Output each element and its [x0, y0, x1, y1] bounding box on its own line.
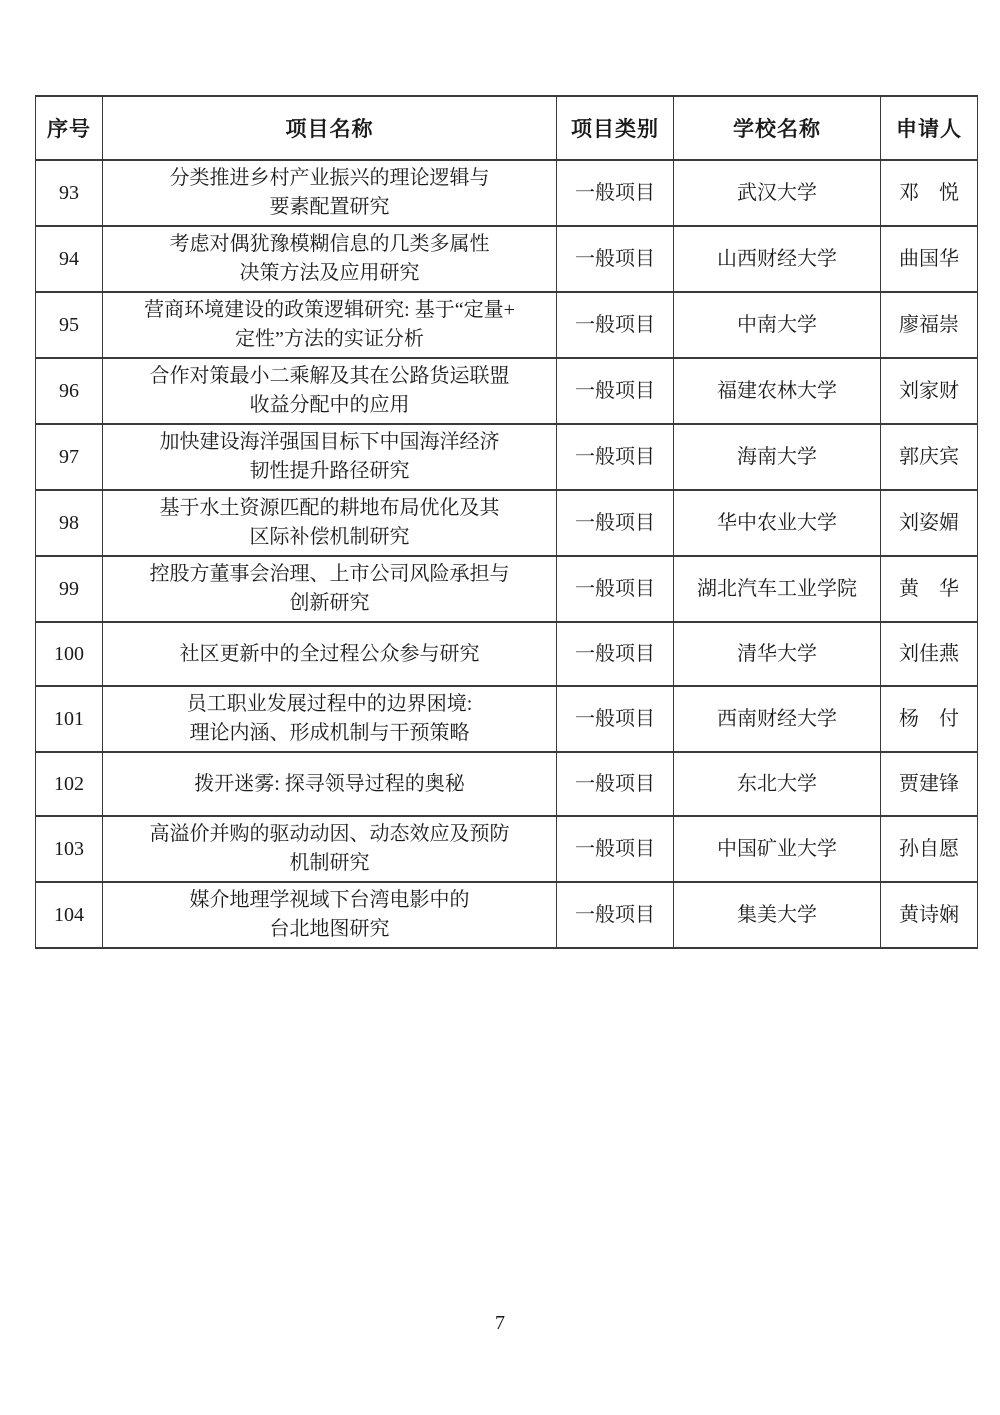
cell-category: 一般项目 — [557, 490, 674, 556]
cell-applicant: 黄诗娴 — [881, 882, 978, 948]
cell-category: 一般项目 — [557, 292, 674, 358]
cell-title: 考虑对偶犹豫模糊信息的几类多属性 决策方法及应用研究 — [103, 226, 557, 292]
cell-index: 103 — [36, 816, 103, 882]
cell-applicant: 刘佳燕 — [881, 622, 978, 686]
cell-school: 武汉大学 — [674, 160, 881, 226]
cell-category: 一般项目 — [557, 160, 674, 226]
cell-school: 东北大学 — [674, 752, 881, 816]
cell-applicant: 邓 悦 — [881, 160, 978, 226]
column-header-title: 项目名称 — [103, 96, 557, 160]
cell-applicant: 刘姿媚 — [881, 490, 978, 556]
document-page: 序号 项目名称 项目类别 学校名称 申请人 93分类推进乡村产业振兴的理论逻辑与… — [0, 0, 1000, 1415]
cell-title: 高溢价并购的驱动动因、动态效应及预防 机制研究 — [103, 816, 557, 882]
cell-applicant: 郭庆宾 — [881, 424, 978, 490]
table-row: 101员工职业发展过程中的边界困境: 理论内涵、形成机制与干预策略一般项目西南财… — [36, 686, 978, 752]
cell-title: 媒介地理学视域下台湾电影中的 台北地图研究 — [103, 882, 557, 948]
cell-category: 一般项目 — [557, 358, 674, 424]
cell-school: 西南财经大学 — [674, 686, 881, 752]
cell-index: 97 — [36, 424, 103, 490]
cell-category: 一般项目 — [557, 424, 674, 490]
cell-school: 湖北汽车工业学院 — [674, 556, 881, 622]
cell-index: 95 — [36, 292, 103, 358]
page-number: 7 — [0, 1312, 1000, 1335]
cell-title: 社区更新中的全过程公众参与研究 — [103, 622, 557, 686]
cell-index: 98 — [36, 490, 103, 556]
cell-category: 一般项目 — [557, 686, 674, 752]
table-row: 100社区更新中的全过程公众参与研究一般项目清华大学刘佳燕 — [36, 622, 978, 686]
cell-index: 100 — [36, 622, 103, 686]
column-header-applicant: 申请人 — [881, 96, 978, 160]
cell-title: 拨开迷雾: 探寻领导过程的奥秘 — [103, 752, 557, 816]
cell-school: 海南大学 — [674, 424, 881, 490]
cell-school: 集美大学 — [674, 882, 881, 948]
table-row: 95营商环境建设的政策逻辑研究: 基于“定量+ 定性”方法的实证分析一般项目中南… — [36, 292, 978, 358]
table-row: 98基于水土资源匹配的耕地布局优化及其 区际补偿机制研究一般项目华中农业大学刘姿… — [36, 490, 978, 556]
table-header-row: 序号 项目名称 项目类别 学校名称 申请人 — [36, 96, 978, 160]
cell-category: 一般项目 — [557, 622, 674, 686]
table-row: 102拨开迷雾: 探寻领导过程的奥秘一般项目东北大学贾建锋 — [36, 752, 978, 816]
cell-applicant: 黄 华 — [881, 556, 978, 622]
cell-school: 清华大学 — [674, 622, 881, 686]
cell-category: 一般项目 — [557, 752, 674, 816]
cell-title: 加快建设海洋强国目标下中国海洋经济 韧性提升路径研究 — [103, 424, 557, 490]
cell-title: 基于水土资源匹配的耕地布局优化及其 区际补偿机制研究 — [103, 490, 557, 556]
cell-index: 99 — [36, 556, 103, 622]
table-row: 99控股方董事会治理、上市公司风险承担与 创新研究一般项目湖北汽车工业学院黄 华 — [36, 556, 978, 622]
project-table: 序号 项目名称 项目类别 学校名称 申请人 93分类推进乡村产业振兴的理论逻辑与… — [35, 95, 978, 949]
cell-title: 员工职业发展过程中的边界困境: 理论内涵、形成机制与干预策略 — [103, 686, 557, 752]
cell-category: 一般项目 — [557, 882, 674, 948]
cell-applicant: 曲国华 — [881, 226, 978, 292]
cell-applicant: 杨 付 — [881, 686, 978, 752]
table-row: 97加快建设海洋强国目标下中国海洋经济 韧性提升路径研究一般项目海南大学郭庆宾 — [36, 424, 978, 490]
cell-applicant: 贾建锋 — [881, 752, 978, 816]
table-row: 94考虑对偶犹豫模糊信息的几类多属性 决策方法及应用研究一般项目山西财经大学曲国… — [36, 226, 978, 292]
table-row: 96合作对策最小二乘解及其在公路货运联盟 收益分配中的应用一般项目福建农林大学刘… — [36, 358, 978, 424]
cell-index: 93 — [36, 160, 103, 226]
cell-index: 101 — [36, 686, 103, 752]
cell-category: 一般项目 — [557, 556, 674, 622]
table-row: 103高溢价并购的驱动动因、动态效应及预防 机制研究一般项目中国矿业大学孙自愿 — [36, 816, 978, 882]
cell-school: 山西财经大学 — [674, 226, 881, 292]
cell-school: 中国矿业大学 — [674, 816, 881, 882]
cell-school: 中南大学 — [674, 292, 881, 358]
cell-title: 分类推进乡村产业振兴的理论逻辑与 要素配置研究 — [103, 160, 557, 226]
cell-category: 一般项目 — [557, 226, 674, 292]
cell-title: 合作对策最小二乘解及其在公路货运联盟 收益分配中的应用 — [103, 358, 557, 424]
table-row: 104媒介地理学视域下台湾电影中的 台北地图研究一般项目集美大学黄诗娴 — [36, 882, 978, 948]
cell-applicant: 刘家财 — [881, 358, 978, 424]
cell-title: 控股方董事会治理、上市公司风险承担与 创新研究 — [103, 556, 557, 622]
cell-index: 94 — [36, 226, 103, 292]
cell-index: 104 — [36, 882, 103, 948]
column-header-index: 序号 — [36, 96, 103, 160]
cell-index: 102 — [36, 752, 103, 816]
table-row: 93分类推进乡村产业振兴的理论逻辑与 要素配置研究一般项目武汉大学邓 悦 — [36, 160, 978, 226]
cell-category: 一般项目 — [557, 816, 674, 882]
column-header-school: 学校名称 — [674, 96, 881, 160]
cell-title: 营商环境建设的政策逻辑研究: 基于“定量+ 定性”方法的实证分析 — [103, 292, 557, 358]
cell-index: 96 — [36, 358, 103, 424]
column-header-category: 项目类别 — [557, 96, 674, 160]
cell-school: 福建农林大学 — [674, 358, 881, 424]
cell-school: 华中农业大学 — [674, 490, 881, 556]
cell-applicant: 廖福崇 — [881, 292, 978, 358]
cell-applicant: 孙自愿 — [881, 816, 978, 882]
